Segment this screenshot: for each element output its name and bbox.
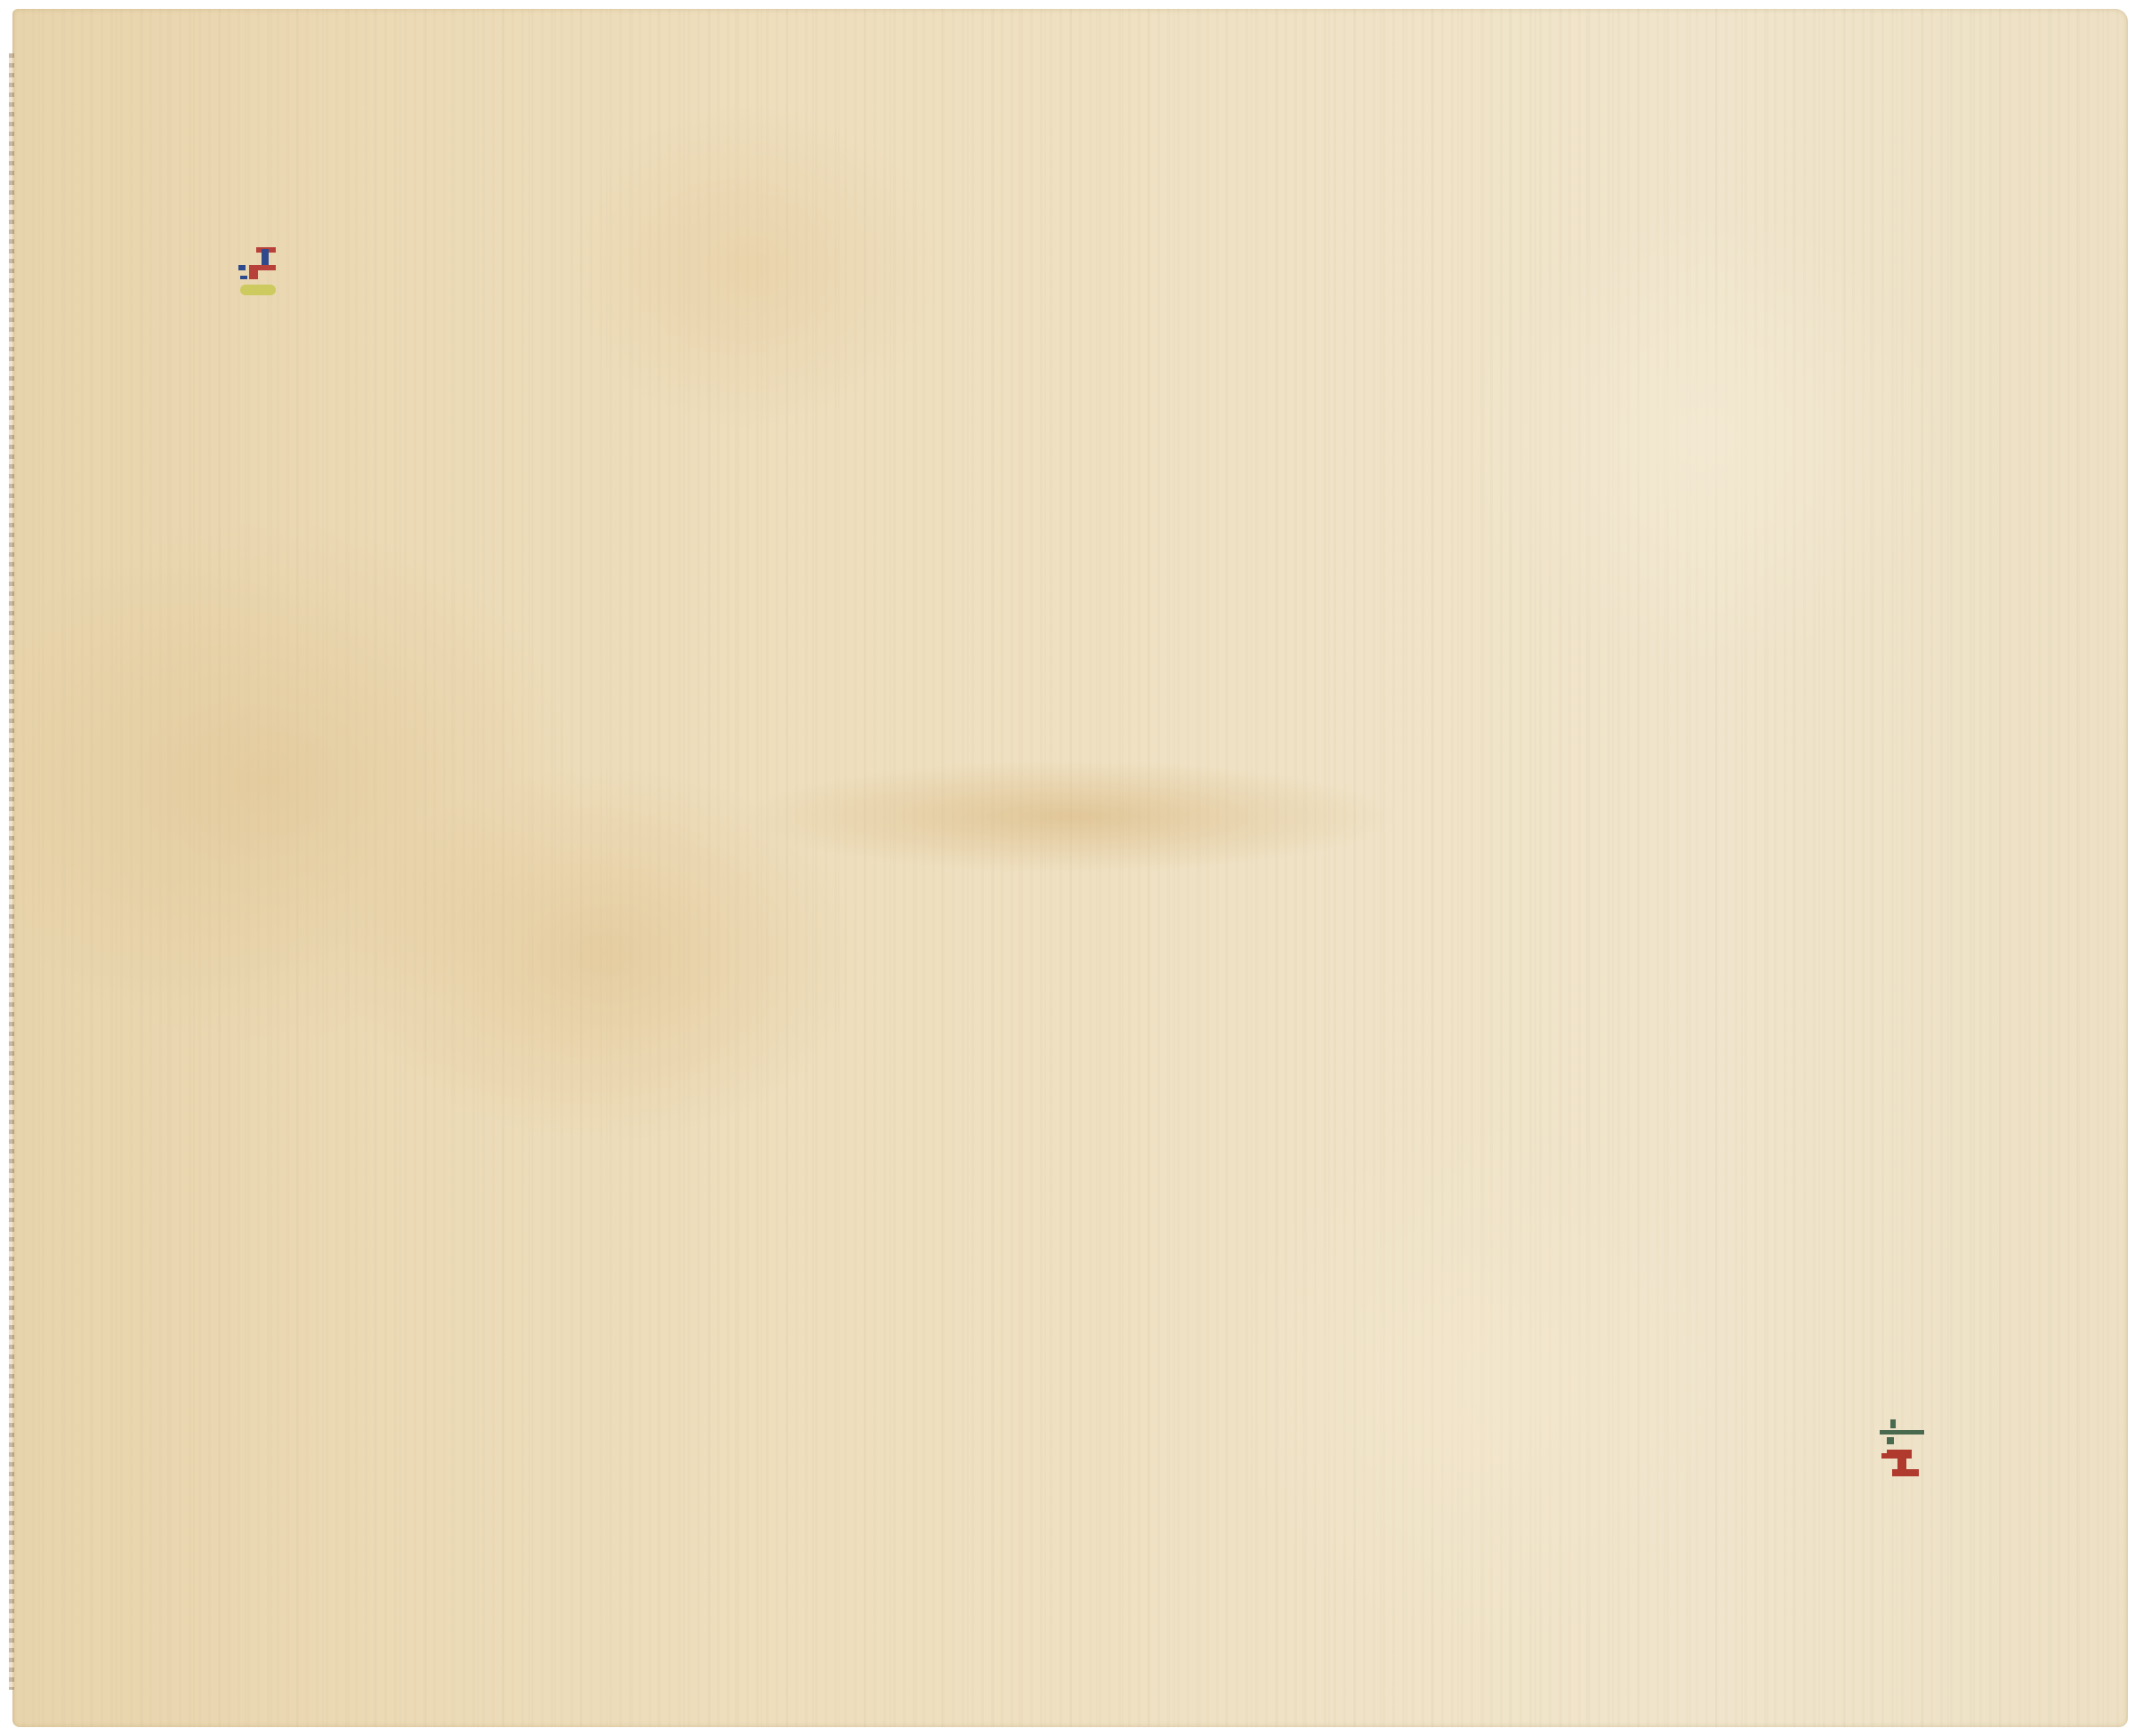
- rug: [12, 9, 2128, 1727]
- top-left-animal-motif: [233, 242, 286, 304]
- rug-side-binding: [9, 53, 14, 1690]
- bottom-right-animal-motif: [1873, 1414, 1935, 1494]
